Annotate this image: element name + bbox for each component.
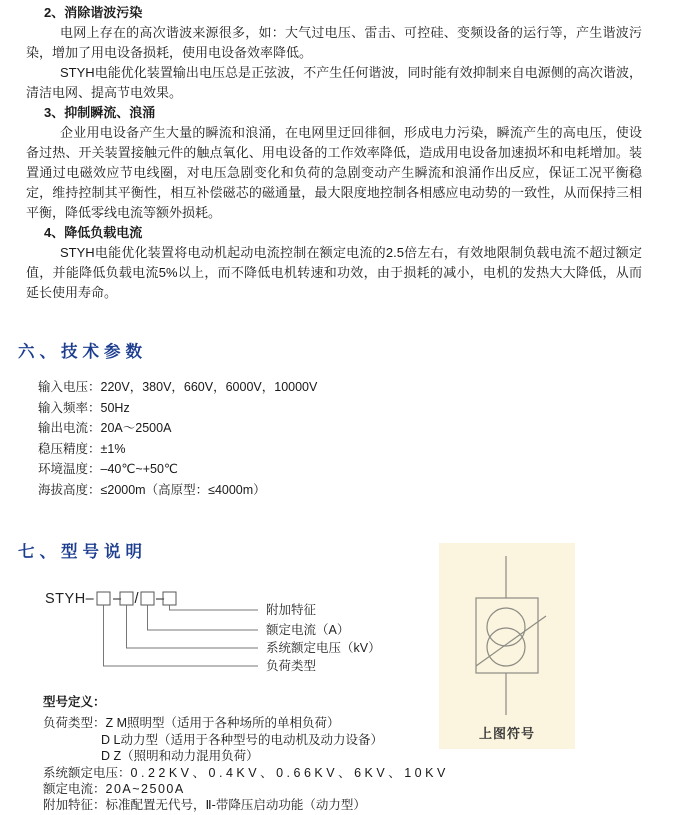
param-input-voltage: 输入电压：220V，380V，660V，6000V，10000V (38, 377, 317, 398)
param-ambient-temperature: 环境温度：–40℃~+50℃ (38, 459, 317, 480)
section-heading-4: 4、降低负载电流 (26, 223, 642, 243)
paragraph: 电网上存在的高次谐波来源很多，如：大气过电压、雷击、可控硅、变频设备的运行等，产… (26, 23, 642, 63)
model-definitions: 型号定义： 负荷类型：Z M照明型（适用于各种场所的单相负荷） D L动力型（适… (43, 694, 449, 814)
param-label: 环境温度： (38, 462, 101, 476)
param-output-current: 输出电流：20A～2500A (38, 418, 317, 439)
param-altitude: 海拔高度：≤2000m（高原型：≤4000m） (38, 480, 317, 501)
param-value: ±1% (101, 442, 126, 456)
param-voltage-accuracy: 稳压精度：±1% (38, 439, 317, 460)
symbol-caption: 上图符号 (439, 723, 575, 742)
param-value: –40℃~+50℃ (101, 462, 178, 476)
branch-line (170, 605, 259, 610)
param-label: 输入频率： (38, 401, 101, 415)
model-code-box (163, 592, 176, 605)
branch-label-rated-voltage: 系统额定电压（kV） (266, 640, 381, 655)
definition-label: 额定电流： (43, 782, 106, 796)
definition-value: D L动力型（适用于各种型号的电动机及动力设备） (101, 733, 383, 747)
paragraph: STYH电能优化装置输出电压总是正弦波，不产生任何谐波，同时能有效抑制来自电源侧… (26, 63, 642, 103)
branch-line (127, 605, 259, 648)
definition-value: 20A~2500A (106, 782, 185, 796)
paragraph: 企业用电设备产生大量的瞬流和浪涌，在电网里迂回徘徊，形成电力污染，瞬流产生的高电… (26, 123, 642, 223)
definition-load-type-dl: D L动力型（适用于各种型号的电动机及动力设备） (43, 732, 449, 748)
definitions-title: 型号定义： (43, 694, 449, 710)
branch-label-load-type: 负荷类型 (266, 658, 316, 673)
section-heading-3: 3、抑制瞬流、浪涌 (26, 103, 642, 123)
branch-label-extra-feature: 附加特征 (266, 602, 317, 617)
definition-rated-voltage: 系统额定电压：0.22KV、0.4KV、0.66KV、6KV、10KV (43, 765, 449, 781)
paragraph: STYH电能优化装置将电动机起动电流控制在额定电流的2.5倍左右，有效地限制负载… (26, 243, 642, 303)
definition-value: 0.22KV、0.4KV、0.66KV、6KV、10KV (131, 766, 449, 780)
definition-value: 标准配置无代号，Ⅱ-带降压启动功能（动力型） (106, 798, 366, 812)
definition-label: 系统额定电压： (43, 766, 131, 780)
definition-rated-current: 额定电流：20A~2500A (43, 781, 449, 797)
param-label: 稳压精度： (38, 442, 101, 456)
definition-label: 负荷类型： (43, 716, 106, 730)
model-code-box (97, 592, 110, 605)
param-label: 海拔高度： (38, 483, 101, 497)
definition-value: D Z（照明和动力混用负荷） (101, 749, 259, 763)
param-value: 220V，380V，660V，6000V，10000V (101, 380, 318, 394)
model-code-separator: / (135, 591, 140, 607)
definition-load-type: 负荷类型：Z M照明型（适用于各种场所的单相负荷） (43, 715, 449, 731)
model-code-prefix: STYH– (45, 591, 95, 607)
model-code-diagram: STYH– – / – 附加特征 额定电流（A） 系统额定电压（kV） 负荷类型 (40, 586, 420, 686)
param-value: 20A～2500A (101, 421, 172, 435)
features-section: 2、消除谐波污染 电网上存在的高次谐波来源很多，如：大气过电压、雷击、可控硅、变… (26, 3, 642, 303)
tech-params-list: 输入电压：220V，380V，660V，6000V，10000V 输入频率：50… (38, 377, 317, 501)
model-heading: 七、型号说明 (18, 543, 147, 561)
definition-value: Z M照明型（适用于各种场所的单相负荷） (106, 716, 340, 730)
definition-extra-feature: 附加特征：标准配置无代号，Ⅱ-带降压启动功能（动力型） (43, 797, 449, 813)
param-label: 输出电流： (38, 421, 101, 435)
document-page: 2、消除谐波污染 电网上存在的高次谐波来源很多，如：大气过电压、雷击、可控硅、变… (0, 0, 680, 815)
definition-label: 附加特征： (43, 798, 106, 812)
branch-line (148, 605, 259, 630)
section-heading-2: 2、消除谐波污染 (26, 3, 642, 23)
transformer-symbol-icon (439, 543, 575, 719)
param-value: 50Hz (101, 401, 130, 415)
model-code-box (141, 592, 154, 605)
symbol-panel: 上图符号 (439, 543, 575, 749)
definition-load-type-dz: D Z（照明和动力混用负荷） (43, 748, 449, 764)
param-value: ≤2000m（高原型：≤4000m） (101, 483, 266, 497)
tech-params-heading: 六、技术参数 (18, 343, 147, 361)
param-label: 输入电压： (38, 380, 101, 394)
branch-label-rated-current: 额定电流（A） (266, 622, 349, 637)
param-input-frequency: 输入频率：50Hz (38, 398, 317, 419)
model-code-box (120, 592, 133, 605)
